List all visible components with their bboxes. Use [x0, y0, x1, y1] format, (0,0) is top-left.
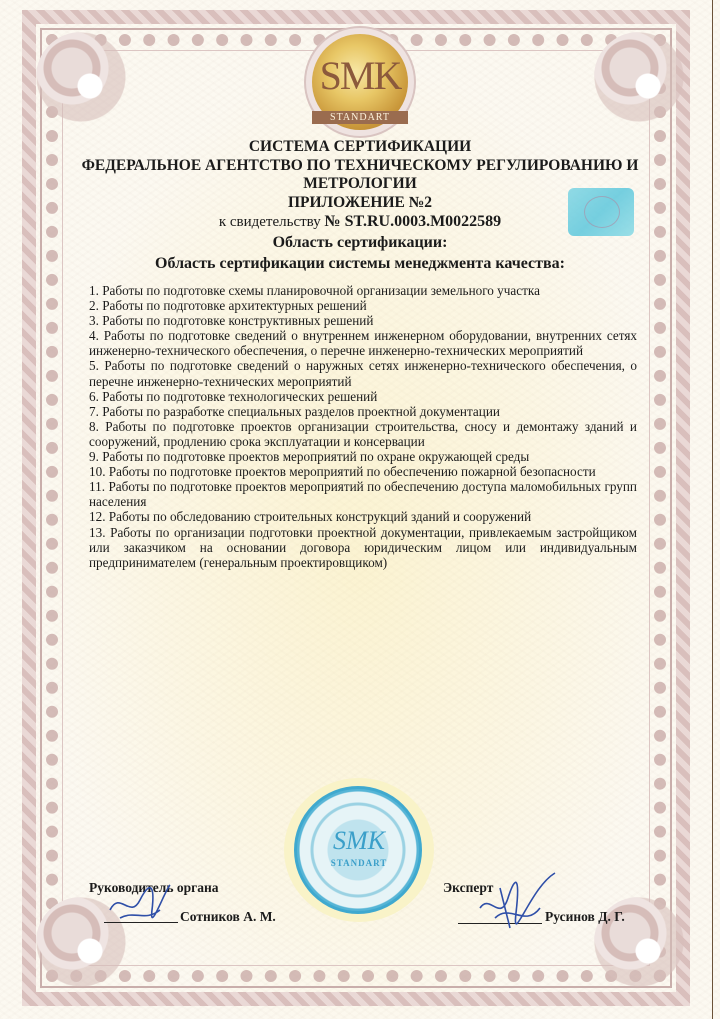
- list-item: 3. Работы по подготовке конструктивных р…: [89, 313, 637, 328]
- header-appendix: ПРИЛОЖЕНИЕ №2: [80, 194, 640, 213]
- area-subtitle: Область сертификации системы менеджмента…: [80, 254, 640, 274]
- official-stamp: SMK STANDART: [284, 778, 434, 922]
- signature-scribble-icon: [470, 868, 560, 938]
- list-item: 10. Работы по подготовке проектов меропр…: [89, 464, 637, 479]
- list-item: 9. Работы по подготовке проектов меропри…: [89, 449, 637, 464]
- list-item: 6. Работы по подготовке технологических …: [89, 389, 637, 404]
- certificate-page: SMK STANDART СИСТЕМА СЕРТИФИКАЦИИ ФЕДЕРА…: [0, 0, 720, 1019]
- logo-subtext: STANDART: [312, 111, 408, 124]
- list-item: 11. Работы по подготовке проектов меропр…: [89, 479, 637, 509]
- logo-text: SMK: [312, 52, 408, 99]
- list-item: 1. Работы по подготовке схемы планировоч…: [89, 283, 637, 298]
- list-item: 13. Работы по организации подготовки про…: [89, 525, 637, 570]
- area-title: Область сертификации:: [80, 233, 640, 253]
- list-item: 8. Работы по подготовке проектов организ…: [89, 419, 637, 449]
- hologram-sticker-icon: [568, 188, 634, 236]
- stamp-subtext: STANDART: [284, 858, 434, 868]
- head-of-body-name: Сотников А. М.: [180, 909, 276, 925]
- ornament-corner-icon: [36, 32, 126, 122]
- signature-scribble-icon: [100, 880, 180, 930]
- list-item: 5. Работы по подготовке сведений о наруж…: [89, 358, 637, 388]
- cert-prefix: к свидетельству: [219, 214, 321, 230]
- list-item: 4. Работы по подготовке сведений о внутр…: [89, 328, 637, 358]
- scan-edge-line: [712, 0, 713, 1019]
- list-item: 2. Работы по подготовке архитектурных ре…: [89, 298, 637, 313]
- cert-number: № ST.RU.0003.M0022589: [325, 213, 502, 230]
- ornament-corner-icon: [594, 32, 684, 122]
- certification-items-list: 1. Работы по подготовке схемы планировоч…: [89, 283, 637, 570]
- certificate-reference: к свидетельству № ST.RU.0003.M0022589: [80, 212, 640, 232]
- stamp-text: SMK: [284, 826, 434, 856]
- list-item: 12. Работы по обследованию строительных …: [89, 509, 637, 524]
- header-agency-cont: МЕТРОЛОГИИ: [80, 175, 640, 194]
- list-item: 7. Работы по разработке специальных разд…: [89, 404, 637, 419]
- header-agency: ФЕДЕРАЛЬНОЕ АГЕНТСТВО ПО ТЕХНИЧЕСКОМУ РЕ…: [80, 157, 640, 176]
- header-system: СИСТЕМА СЕРТИФИКАЦИИ: [80, 138, 640, 157]
- document-header: СИСТЕМА СЕРТИФИКАЦИИ ФЕДЕРАЛЬНОЕ АГЕНТСТ…: [80, 138, 640, 274]
- smk-logo: SMK STANDART: [312, 34, 408, 130]
